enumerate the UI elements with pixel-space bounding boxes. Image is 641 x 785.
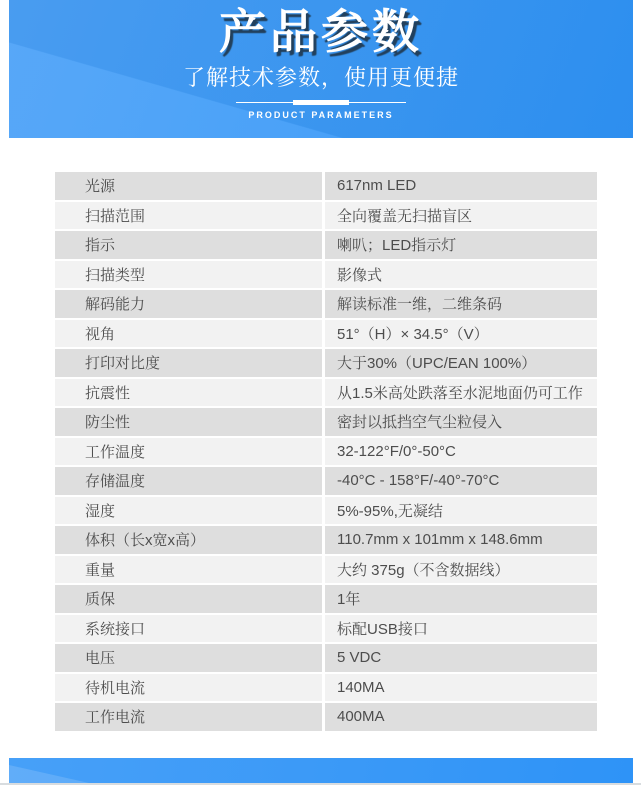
spec-label: 电压 [55,644,322,672]
spec-table-row: 工作电流 400MA [55,703,597,731]
spec-value: 32-122°F/0°-50°C [325,438,597,466]
spec-value: 5%-95%,无凝结 [325,497,597,525]
spec-table-row: 体积（长x宽x高） 110.7mm x 101mm x 148.6mm [55,526,597,554]
spec-table-row: 电压 5 VDC [55,644,597,672]
page-title: 产品参数 [9,4,633,60]
divider-thick-segment [293,100,349,105]
page-subtitle: 了解技术参数，使用更便捷 [9,65,633,91]
spec-label: 扫描范围 [55,202,322,230]
spec-label: 光源 [55,172,322,200]
spec-table-row: 扫描范围 全向覆盖无扫描盲区 [55,202,597,230]
spec-label: 系统接口 [55,615,322,643]
spec-table-row: 视角 51°（H）× 34.5°（V） [55,320,597,348]
spec-value: 喇叭；LED指示灯 [325,231,597,259]
header-divider [236,100,406,105]
spec-value: 110.7mm x 101mm x 148.6mm [325,526,597,554]
spec-value: 从1.5米高处跌落至水泥地面仍可工作 [325,379,597,407]
spec-label: 指示 [55,231,322,259]
spec-label: 解码能力 [55,290,322,318]
spec-table-row: 待机电流 140MA [55,674,597,702]
spec-table-row: 抗震性 从1.5米高处跌落至水泥地面仍可工作 [55,379,597,407]
spec-table-row: 光源 617nm LED [55,172,597,200]
spec-value: 标配USB接口 [325,615,597,643]
spec-table-row: 工作温度 32-122°F/0°-50°C [55,438,597,466]
footer-band [9,758,633,783]
spec-value: 1年 [325,585,597,613]
spec-label: 抗震性 [55,379,322,407]
spec-label: 体积（长x宽x高） [55,526,322,554]
spec-value: 密封以抵挡空气尘粒侵入 [325,408,597,436]
spec-value: 全向覆盖无扫描盲区 [325,202,597,230]
spec-label: 湿度 [55,497,322,525]
spec-table-row: 湿度 5%-95%,无凝结 [55,497,597,525]
page-caption-en: PRODUCT PARAMETERS [9,110,633,120]
spec-label: 防尘性 [55,408,322,436]
spec-label: 扫描类型 [55,261,322,289]
spec-table-row: 系统接口 标配USB接口 [55,615,597,643]
spec-table-row: 扫描类型 影像式 [55,261,597,289]
spec-value: 影像式 [325,261,597,289]
spec-label: 工作电流 [55,703,322,731]
spec-table-row: 重量 大约 375g（不含数据线） [55,556,597,584]
spec-table-row: 解码能力 解读标准一维，二维条码 [55,290,597,318]
spec-label: 待机电流 [55,674,322,702]
product-parameters-banner: 产品参数 了解技术参数，使用更便捷 PRODUCT PARAMETERS [9,0,633,138]
spec-label: 存储温度 [55,467,322,495]
spec-value: 解读标准一维，二维条码 [325,290,597,318]
footer-facet-decoration [9,765,89,783]
spec-label: 质保 [55,585,322,613]
spec-value: 5 VDC [325,644,597,672]
spec-table-row: 存储温度 -40°C - 158°F/-40°-70°C [55,467,597,495]
spec-label: 打印对比度 [55,349,322,377]
spec-value: 400MA [325,703,597,731]
spec-label: 重量 [55,556,322,584]
spec-value: 大约 375g（不含数据线） [325,556,597,584]
spec-label: 工作温度 [55,438,322,466]
spec-table-row: 防尘性 密封以抵挡空气尘粒侵入 [55,408,597,436]
spec-value: 大于30%（UPC/EAN 100%） [325,349,597,377]
spec-value: 617nm LED [325,172,597,200]
spec-value: 140MA [325,674,597,702]
spec-value: -40°C - 158°F/-40°-70°C [325,467,597,495]
spec-label: 视角 [55,320,322,348]
spec-value: 51°（H）× 34.5°（V） [325,320,597,348]
spec-table-row: 指示 喇叭；LED指示灯 [55,231,597,259]
spec-table-row: 质保 1年 [55,585,597,613]
spec-table: 光源 617nm LED 扫描范围 全向覆盖无扫描盲区 指示 喇叭；LED指示灯… [55,172,597,733]
spec-table-row: 打印对比度 大于30%（UPC/EAN 100%） [55,349,597,377]
